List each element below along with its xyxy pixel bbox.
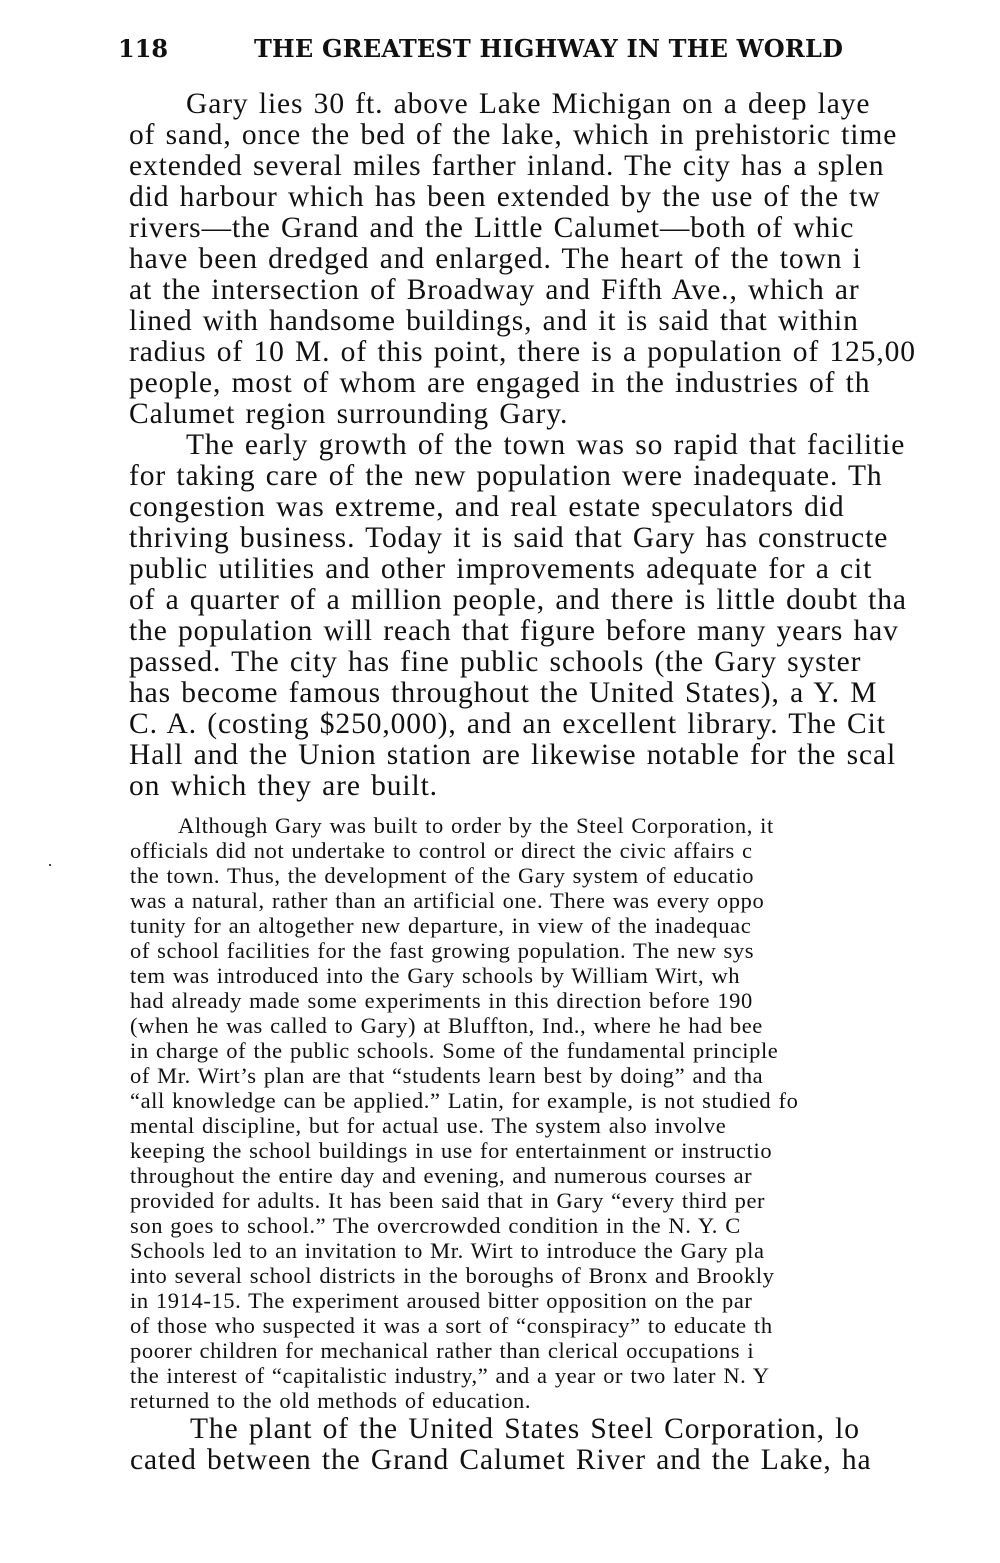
text-line: Schools led to an invitation to Mr. Wirt… (130, 1238, 765, 1264)
text-line: Gary lies 30 ft. above Lake Michigan on … (186, 88, 870, 121)
page-number: 118 (118, 34, 168, 63)
text-line: cated between the Grand Calumet River an… (130, 1444, 872, 1477)
text-line: public utilities and other improvements … (129, 553, 872, 586)
text-line: in 1914-15. The experiment aroused bitte… (130, 1288, 753, 1314)
running-header: 118 THE GREATEST HIGHWAY IN THE WORLD (118, 34, 1000, 68)
book-page: 118 THE GREATEST HIGHWAY IN THE WORLD Ga… (0, 0, 1000, 1563)
text-line: passed. The city has fine public schools… (129, 646, 861, 679)
text-line: of a quarter of a million people, and th… (129, 584, 907, 617)
text-line: poorer children for mechanical rather th… (130, 1338, 754, 1364)
text-line: the population will reach that figure be… (129, 615, 899, 648)
text-line: the town. Thus, the development of the G… (130, 863, 754, 889)
text-line: of school facilities for the fast growin… (130, 938, 754, 964)
text-line: was a natural, rather than an artificial… (130, 888, 764, 914)
text-line: rivers—the Grand and the Little Calumet—… (129, 212, 854, 245)
text-line: in charge of the public schools. Some of… (130, 1038, 778, 1064)
text-line: returned to the old methods of education… (130, 1388, 531, 1414)
text-line: congestion was extreme, and real estate … (129, 491, 845, 524)
text-line: of sand, once the bed of the lake, which… (129, 119, 897, 152)
text-line: radius of 10 M. of this point, there is … (129, 336, 916, 369)
text-line: son goes to school.” The overcrowded con… (130, 1213, 741, 1239)
text-line: Although Gary was built to order by the … (178, 813, 774, 839)
text-line: tunity for an altogether new departure, … (130, 913, 751, 939)
text-line: lined with handsome buildings, and it is… (129, 305, 859, 338)
text-line: has become famous throughout the United … (129, 677, 877, 710)
text-line: into several school districts in the bor… (130, 1263, 775, 1289)
text-line: have been dredged and enlarged. The hear… (129, 243, 862, 276)
text-line: had already made some experiments in thi… (130, 988, 753, 1014)
text-line: did harbour which has been extended by t… (129, 181, 881, 214)
text-line: (when he was called to Gary) at Bluffton… (130, 1013, 763, 1039)
running-title: THE GREATEST HIGHWAY IN THE WORLD (254, 34, 843, 63)
text-line: people, most of whom are engaged in the … (129, 367, 870, 400)
text-line: Calumet region surrounding Gary. (129, 398, 568, 431)
text-line: on which they are built. (129, 770, 438, 803)
text-line: tem was introduced into the Gary schools… (130, 963, 740, 989)
scan-speck (49, 864, 51, 866)
text-line: The plant of the United States Steel Cor… (190, 1413, 860, 1446)
text-line: Hall and the Union station are likewise … (129, 739, 896, 772)
text-line: extended several miles farther inland. T… (129, 150, 884, 183)
text-line: C. A. (costing $250,000), and an excelle… (129, 708, 886, 741)
text-line: of Mr. Wirt’s plan are that “students le… (130, 1063, 763, 1089)
text-line: keeping the school buildings in use for … (130, 1138, 772, 1164)
text-line: for taking care of the new population we… (129, 460, 883, 493)
text-line: thriving business. Today it is said that… (129, 522, 888, 555)
text-line: of those who suspected it was a sort of … (130, 1313, 773, 1339)
text-line: The early growth of the town was so rapi… (186, 429, 905, 462)
text-line: at the intersection of Broadway and Fift… (129, 274, 860, 307)
text-line: “all knowledge can be applied.” Latin, f… (130, 1088, 798, 1114)
text-line: provided for adults. It has been said th… (130, 1188, 765, 1214)
text-line: the interest of “capitalistic industry,”… (130, 1363, 770, 1389)
text-line: officials did not undertake to control o… (130, 838, 753, 864)
text-line: mental discipline, but for actual use. T… (130, 1113, 726, 1139)
text-line: throughout the entire day and evening, a… (130, 1163, 752, 1189)
